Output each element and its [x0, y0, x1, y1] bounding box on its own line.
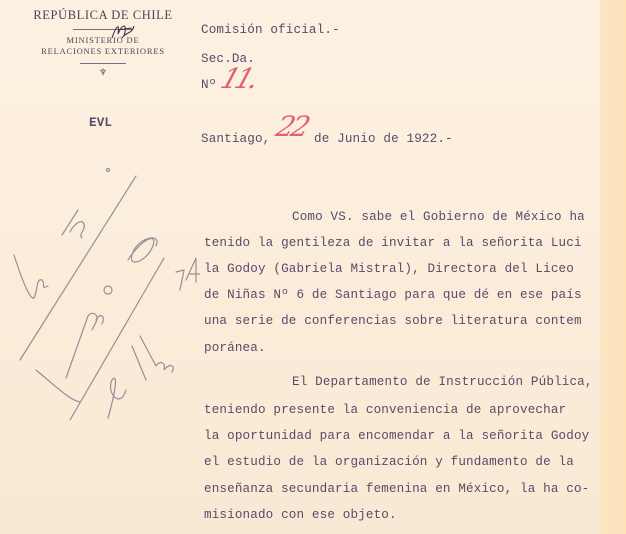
letterhead-rule-2	[80, 63, 126, 64]
subject-line: Comisión oficial.-	[201, 23, 340, 37]
text-line: poránea.	[204, 341, 266, 355]
text-line: El Departamento de Instrucción Pública,	[292, 375, 593, 389]
number-label: Nº	[201, 78, 216, 92]
text-line: una serie de conferencias sobre literatu…	[204, 314, 582, 328]
text-line: misionado con ese objeto.	[204, 508, 397, 522]
text-line: tenido la gentileza de invitar a la seño…	[204, 236, 582, 250]
letterhead: REPÚBLICA DE CHILE MINISTERIO DE RELACIO…	[28, 8, 178, 80]
pencil-annotation-icon	[0, 140, 200, 440]
text-line: el estudio de la organización y fundamen…	[204, 455, 574, 469]
text-line: teniendo presente la conveniencia de apr…	[204, 403, 566, 417]
date-city: Santiago,	[201, 132, 270, 146]
date-rest: de Junio de 1922.-	[314, 132, 453, 146]
text-line: la oportunidad para encomendar a la seño…	[204, 429, 589, 443]
coat-of-arms-icon: ♆	[28, 66, 178, 80]
letterhead-ministry: MINISTERIO DE	[28, 35, 178, 46]
letterhead-department: RELACIONES EXTERIORES	[28, 46, 178, 57]
typist-initials: EVL	[89, 116, 112, 130]
signature-scribble-icon	[108, 20, 138, 42]
text-line: la Godoy (Gabriela Mistral), Directora d…	[204, 262, 574, 276]
page-edge	[600, 0, 626, 534]
text-line: enseñanza secundaria femenina en México,…	[204, 482, 589, 496]
text-line: de Niñas Nº 6 de Santiago para que dé en…	[204, 288, 582, 302]
letterhead-title: REPÚBLICA DE CHILE	[28, 8, 178, 23]
text-line: Como VS. sabe el Gobierno de México ha	[292, 210, 585, 224]
